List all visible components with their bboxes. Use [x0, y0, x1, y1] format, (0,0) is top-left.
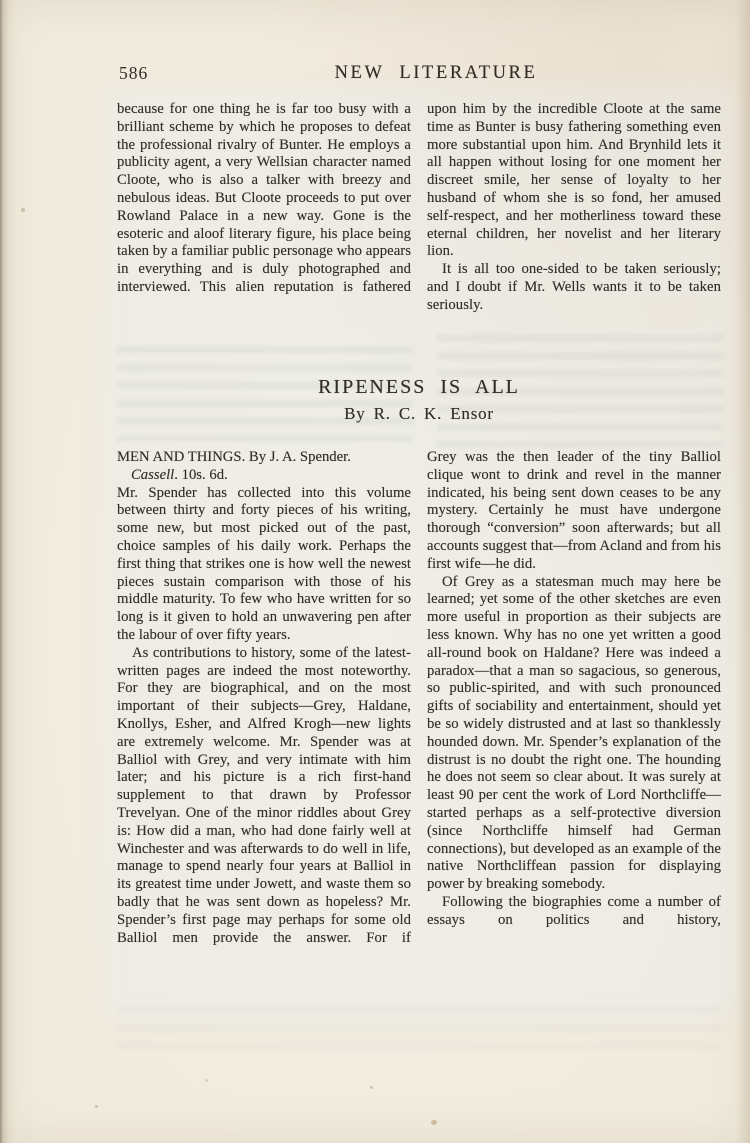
paper-speck: [205, 1079, 208, 1082]
review-paragraph: Mr. Spender has collected into this volu…: [117, 485, 411, 645]
review-paragraph: Of Grey as a statesman much may here be …: [427, 574, 721, 894]
publisher-name: Cassell: [131, 467, 174, 483]
paper-speck: [370, 1086, 373, 1089]
book-imprint: Cassell. 10s. 6d.: [117, 467, 411, 485]
paper-speck: [431, 1120, 437, 1125]
paragraph: because for one thing he is far too busy…: [117, 101, 411, 297]
paragraph: It is all too one-sided to be taken seri…: [427, 261, 721, 314]
review-paragraph: As contributions to history, some of the…: [117, 645, 411, 948]
column-right: upon him by the incredible Cloote at the…: [427, 101, 721, 315]
column-right: Grey was the then leader of the tiny Bal…: [427, 449, 721, 947]
page-header: 586 NEW LITERATURE: [117, 63, 721, 84]
continuation-section: because for one thing he is far too busy…: [117, 101, 721, 315]
paper-speck: [95, 1105, 98, 1108]
page-left-edge-shadow: [0, 0, 16, 1143]
show-through-text: [117, 1006, 721, 1050]
article-heading: RIPENESS IS ALL By R. C. K. Ensor: [117, 376, 721, 424]
journal-title: NEW LITERATURE: [117, 63, 721, 84]
book-title-line: MEN AND THINGS. By J. A. Spender.: [117, 449, 411, 467]
book-heading: MEN AND THINGS. By J. A. Spender. Cassel…: [117, 449, 411, 485]
page-right-edge-shadow: [736, 0, 750, 1143]
paragraph: upon him by the incredible Cloote at the…: [427, 101, 721, 261]
column-left: MEN AND THINGS. By J. A. Spender. Cassel…: [117, 449, 411, 947]
paper-speck: [21, 208, 25, 212]
review-paragraph: Grey was the then leader of the tiny Bal…: [427, 449, 721, 574]
imprint-details: . 10s. 6d.: [174, 467, 227, 483]
review-paragraph: Following the biographies come a number …: [427, 894, 721, 930]
page-number: 586: [119, 63, 148, 84]
review-section: MEN AND THINGS. By J. A. Spender. Cassel…: [117, 449, 721, 947]
article-title: RIPENESS IS ALL: [117, 376, 721, 399]
column-left: because for one thing he is far too busy…: [117, 101, 411, 315]
article-byline: By R. C. K. Ensor: [117, 404, 721, 424]
book-page: 586 NEW LITERATURE because for one thing…: [0, 0, 750, 1143]
